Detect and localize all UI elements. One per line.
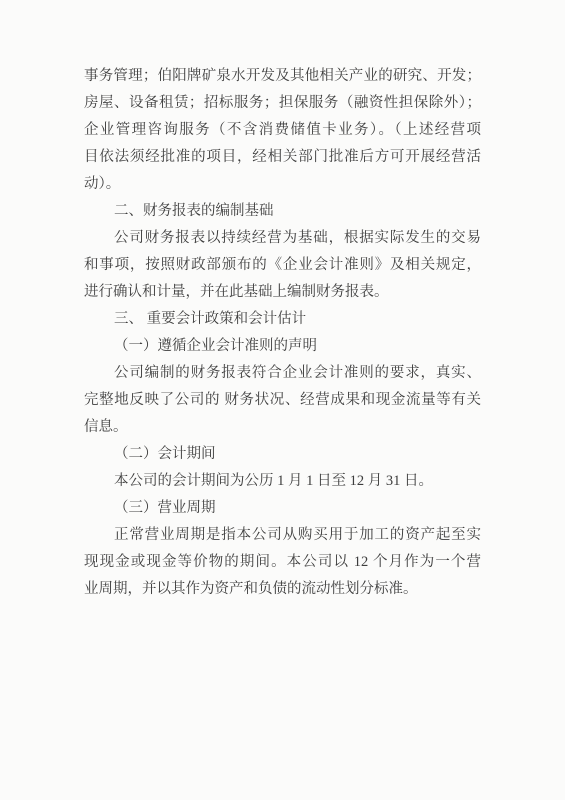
paragraph-line: 动）。 — [84, 171, 481, 198]
paragraph-line: 本公司的会计期间为公历 1 月 1 日至 12 月 31 日。 — [84, 468, 481, 495]
paragraph-line: 目依法须经批准的项目，经相关部门批准后方可开展经营活 — [84, 144, 481, 171]
paragraph-line: 进行确认和计量，并在此基础上编制财务报表。 — [84, 279, 481, 306]
paragraph-line: 和事项，按照财政部颁布的《企业会计准则》及相关规定， — [84, 252, 481, 279]
paragraph-line: 完整地反映了公司的 财务状况、经营成果和现金流量等有关 — [84, 387, 481, 414]
document-page: 事务管理；伯阳牌矿泉水开发及其他相关产业的研究、开发； 房屋、设备租赁；招标服务… — [0, 0, 565, 800]
paragraph-line: 现现金或现金等价物的期间。本公司以 12 个月作为一个营 — [84, 549, 481, 576]
paragraph-line: 公司财务报表以持续经营为基础，根据实际发生的交易 — [84, 225, 481, 252]
heading-section-3: 三、 重要会计政策和会计估计 — [84, 306, 481, 333]
heading-subsection-3: （三）营业周期 — [84, 495, 481, 522]
paragraph-line: 事务管理；伯阳牌矿泉水开发及其他相关产业的研究、开发； — [84, 63, 481, 90]
document-text-block: 事务管理；伯阳牌矿泉水开发及其他相关产业的研究、开发； 房屋、设备租赁；招标服务… — [84, 63, 481, 603]
paragraph-line: 业周期，并以其作为资产和负债的流动性划分标准。 — [84, 576, 481, 603]
heading-subsection-2: （二）会计期间 — [84, 441, 481, 468]
heading-subsection-1: （一）遵循企业会计准则的声明 — [84, 333, 481, 360]
paragraph-line: 企业管理咨询服务（不含消费储值卡业务）。（上述经营项 — [84, 117, 481, 144]
paragraph-line: 公司编制的财务报表符合企业会计准则的要求，真实、 — [84, 360, 481, 387]
paragraph-line: 正常营业周期是指本公司从购买用于加工的资产起至实 — [84, 522, 481, 549]
paragraph-line: 信息。 — [84, 414, 481, 441]
paragraph-line: 房屋、设备租赁；招标服务；担保服务（融资性担保除外）； — [84, 90, 481, 117]
heading-section-2: 二、财务报表的编制基础 — [84, 198, 481, 225]
